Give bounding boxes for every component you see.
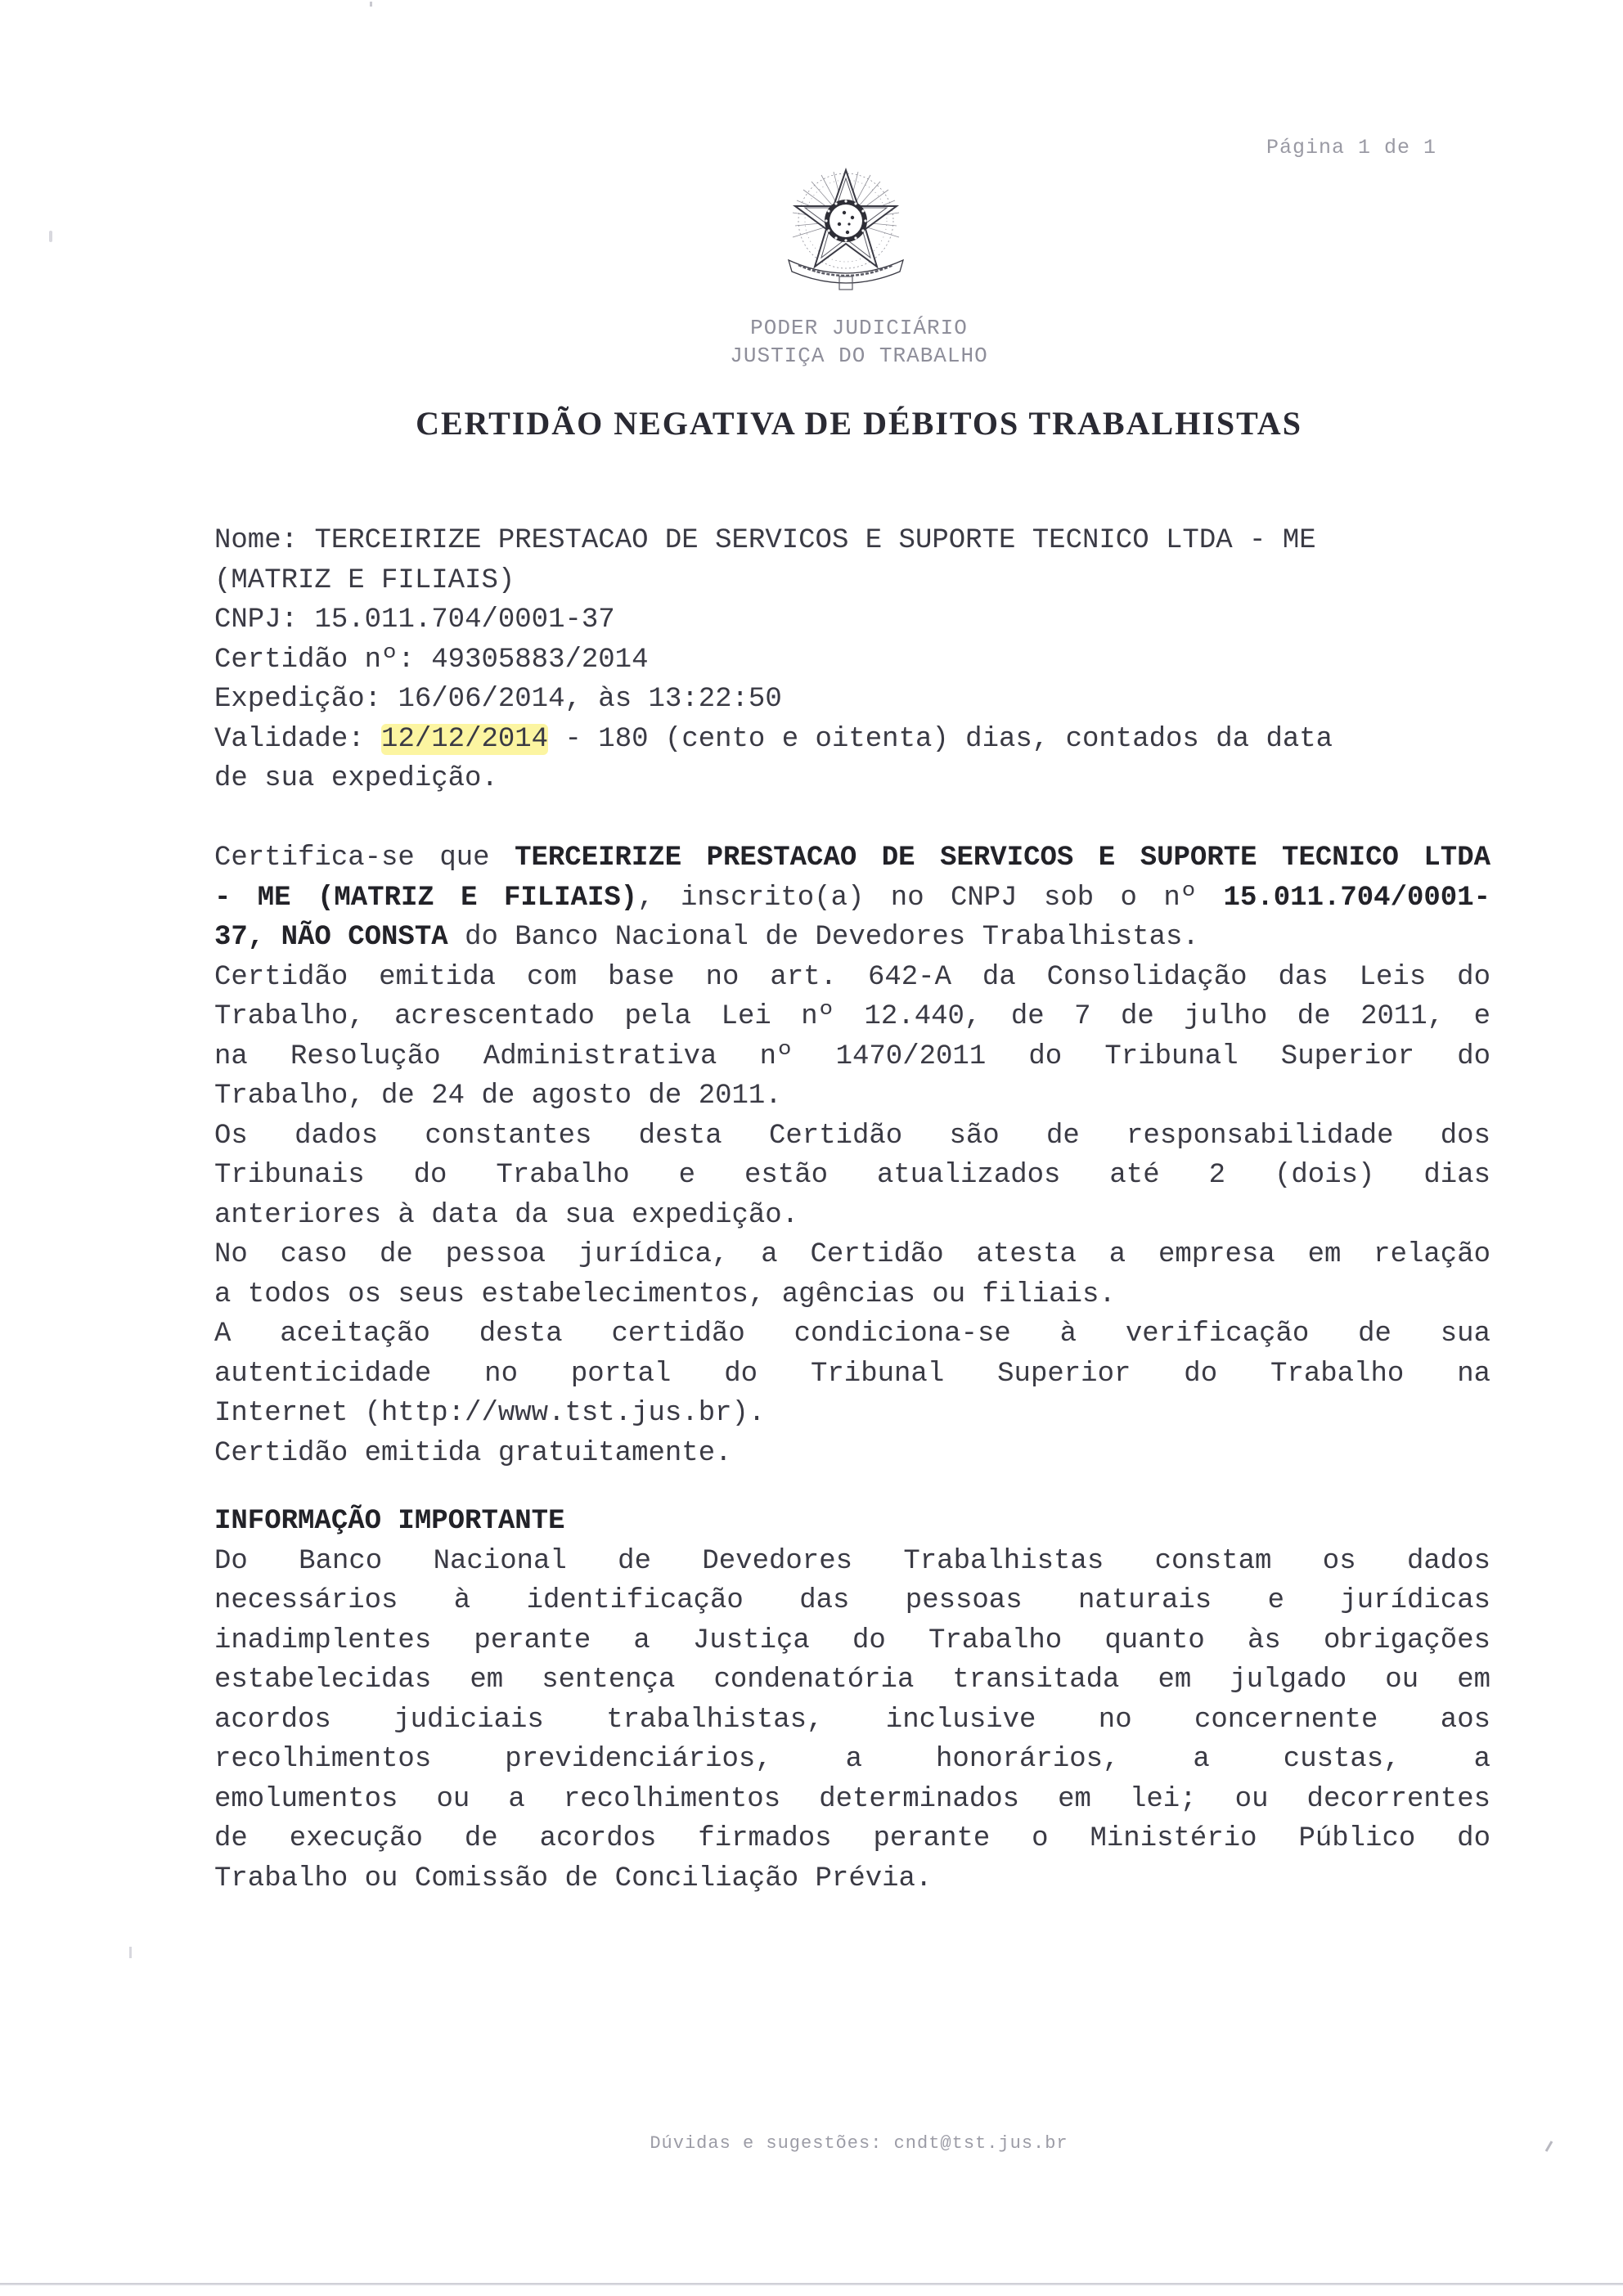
- important-line: de execução de acordos firmados perante …: [214, 1819, 1490, 1859]
- cert-intro: Certifica-se que: [214, 842, 490, 874]
- cert-company-name: TERCEIRIZE PRESTACAO DE SERVICOS E SUPOR…: [515, 842, 1490, 874]
- cert-line: Certidão emitida com base no art. 642-A …: [214, 958, 1490, 998]
- validade-date-highlighted: 12/12/2014: [381, 724, 548, 755]
- header-poder-judiciario: PODER JUDICIÁRIO: [0, 316, 1623, 340]
- certidao-number-line: Certidão nº: 49305883/2014: [214, 640, 1490, 681]
- footer-contact: Dúvidas e sugestões: cndt@tst.jus.br: [0, 2133, 1623, 2154]
- cert-line: anteriores à data da sua expedição.: [214, 1196, 1490, 1236]
- validade-label: Validade:: [214, 724, 365, 755]
- important-line: necessários à identificação das pessoas …: [214, 1581, 1490, 1621]
- cert-line: 37, NÃO CONSTA do Banco Nacional de Deve…: [214, 918, 1490, 958]
- important-line: Trabalho ou Comissão de Conciliação Prév…: [214, 1859, 1490, 1899]
- validade-line: Validade: 12/12/2014 - 180 (cento e oite…: [214, 720, 1490, 760]
- cert-cnpj: 15.011.704/0001-: [1224, 883, 1490, 914]
- nome-label: Nome:: [214, 525, 298, 556]
- expedicao-line: Expedição: 16/06/2014, às 13:22:50: [214, 680, 1490, 720]
- cert-line: na Resolução Administrativa nº 1470/2011…: [214, 1037, 1490, 1077]
- expedicao-value: 16/06/2014, às 13:22:50: [398, 684, 781, 715]
- important-line: recolhimentos previdenciários, a honorár…: [214, 1740, 1490, 1780]
- important-line: emolumentos ou a recolhimentos determina…: [214, 1780, 1490, 1820]
- cert-company-name-cont: - ME (MATRIZ E FILIAIS): [214, 883, 637, 914]
- cert-line-url: Internet (http://www.tst.jus.br).: [214, 1394, 1490, 1434]
- important-line: acordos judiciais trabalhistas, inclusiv…: [214, 1701, 1490, 1741]
- important-heading: INFORMAÇÃO IMPORTANTE: [214, 1502, 1490, 1542]
- cnpj-label: CNPJ:: [214, 604, 298, 636]
- nome-value-cont: (MATRIZ E FILIAIS): [214, 565, 515, 596]
- cert-line: - ME (MATRIZ E FILIAIS), inscrito(a) no …: [214, 878, 1490, 919]
- scan-bottom-edge: [0, 2283, 1623, 2285]
- cert-line: autenticidade no portal do Tribunal Supe…: [214, 1355, 1490, 1395]
- page-number: Página 1 de 1: [1266, 136, 1436, 160]
- identification-block: Nome: TERCEIRIZE PRESTACAO DE SERVICOS E…: [214, 521, 1490, 799]
- scan-speck: [370, 2, 372, 7]
- important-line: inadimplentes perante a Justiça do Traba…: [214, 1621, 1490, 1661]
- validade-rest-cont: de sua expedição.: [214, 763, 498, 794]
- cert-line: Certifica-se que TERCEIRIZE PRESTACAO DE…: [214, 838, 1490, 878]
- important-information-block: INFORMAÇÃO IMPORTANTE Do Banco Nacional …: [214, 1502, 1490, 1898]
- nome-line: Nome: TERCEIRIZE PRESTACAO DE SERVICOS E…: [214, 521, 1490, 561]
- cert-line: Trabalho, de 24 de agosto de 2011.: [214, 1076, 1490, 1117]
- document-title: CERTIDÃO NEGATIVA DE DÉBITOS TRABALHISTA…: [0, 404, 1623, 443]
- certidao-value: 49305883/2014: [431, 645, 648, 676]
- scan-speck: [129, 1947, 132, 1958]
- cnpj-line: CNPJ: 15.011.704/0001-37: [214, 600, 1490, 640]
- important-line: estabelecidas em sentença condenatória t…: [214, 1660, 1490, 1701]
- scan-speck: [49, 231, 52, 242]
- cert-line: Os dados constantes desta Certidão são d…: [214, 1117, 1490, 1157]
- cert-end: do Banco Nacional de Devedores Trabalhis…: [465, 922, 1199, 953]
- header-justica-do-trabalho: JUSTIÇA DO TRABALHO: [0, 344, 1623, 368]
- cert-mid: , inscrito(a) no CNPJ sob o nº: [637, 883, 1197, 914]
- cert-status-nao-consta: 37, NÃO CONSTA: [214, 922, 448, 953]
- certificate-page: Página 1 de 1: [0, 0, 1623, 2296]
- important-line: Do Banco Nacional de Devedores Trabalhis…: [214, 1542, 1490, 1582]
- cert-line: Certidão emitida gratuitamente.: [214, 1434, 1490, 1474]
- nome-line-2: (MATRIZ E FILIAIS): [214, 561, 1490, 601]
- cert-line: a todos os seus estabelecimentos, agênci…: [214, 1275, 1490, 1315]
- expedicao-label: Expedição:: [214, 684, 381, 715]
- cnpj-value: 15.011.704/0001-37: [314, 604, 614, 636]
- nome-value: TERCEIRIZE PRESTACAO DE SERVICOS E SUPOR…: [314, 525, 1315, 556]
- brazil-coat-of-arms-icon: [780, 164, 911, 294]
- cert-line: A aceitação desta certidão condiciona-se…: [214, 1314, 1490, 1355]
- certidao-label: Certidão nº:: [214, 645, 415, 676]
- certification-block: Certifica-se que TERCEIRIZE PRESTACAO DE…: [214, 838, 1490, 1473]
- validade-rest: - 180 (cento e oitenta) dias, contados d…: [565, 724, 1333, 755]
- cert-line: Tribunais do Trabalho e estão atualizado…: [214, 1156, 1490, 1196]
- cert-line: Trabalho, acrescentado pela Lei nº 12.44…: [214, 997, 1490, 1037]
- validade-line-2: de sua expedição.: [214, 759, 1490, 799]
- cert-line: No caso de pessoa jurídica, a Certidão a…: [214, 1235, 1490, 1275]
